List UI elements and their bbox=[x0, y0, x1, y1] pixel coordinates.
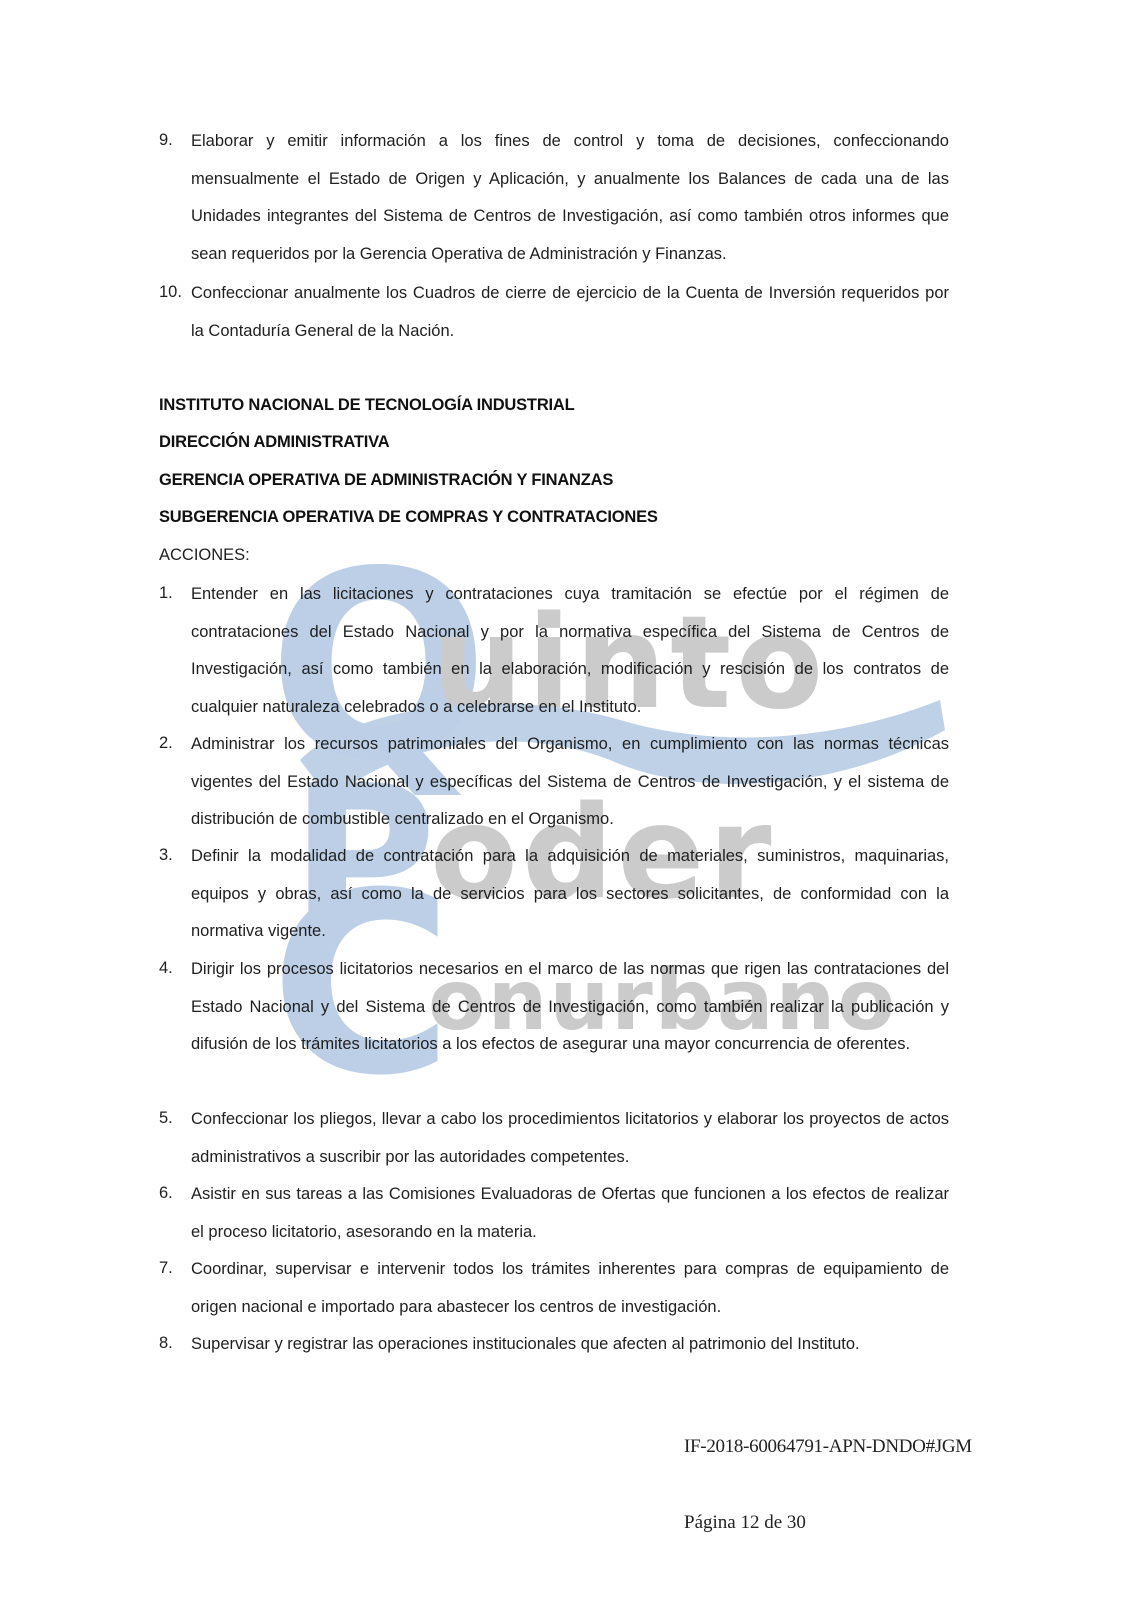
list-item-number: 10. bbox=[159, 283, 182, 302]
list-item-text: Definir la modalidad de contratación par… bbox=[191, 838, 949, 951]
list-item-number: 6. bbox=[159, 1184, 173, 1203]
list-item-text: Administrar los recursos patrimoniales d… bbox=[191, 726, 949, 839]
list-item-text: Elaborar y emitir información a los fine… bbox=[191, 123, 949, 273]
list-item-number: 5. bbox=[159, 1109, 173, 1128]
page-number: Página 12 de 30 bbox=[684, 1512, 806, 1534]
acciones-label: ACCIONES: bbox=[159, 546, 250, 565]
heading-subgerencia: SUBGERENCIA OPERATIVA DE COMPRAS Y CONTR… bbox=[159, 508, 658, 527]
list-item-number: 1. bbox=[159, 584, 173, 603]
list-item-number: 9. bbox=[159, 131, 173, 150]
heading-gerencia: GERENCIA OPERATIVA DE ADMINISTRACIÓN Y F… bbox=[159, 471, 613, 490]
list-item-number: 8. bbox=[159, 1334, 173, 1353]
list-item-number: 4. bbox=[159, 959, 173, 978]
list-item-text: Asistir en sus tareas a las Comisiones E… bbox=[191, 1176, 949, 1251]
heading-institute: INSTITUTO NACIONAL DE TECNOLOGÍA INDUSTR… bbox=[159, 396, 575, 415]
document-id: IF-2018-60064791-APN-DNDO#JGM bbox=[684, 1436, 972, 1458]
list-item-text: Confeccionar los pliegos, llevar a cabo … bbox=[191, 1101, 949, 1176]
list-item-text: Entender en las licitaciones y contratac… bbox=[191, 576, 949, 726]
list-item-number: 7. bbox=[159, 1259, 173, 1278]
document-page: Q uinto P oder C onurbano 9. Elaborar y … bbox=[0, 0, 1131, 1600]
list-item-text: Supervisar y registrar las operaciones i… bbox=[191, 1326, 949, 1364]
heading-direccion: DIRECCIÓN ADMINISTRATIVA bbox=[159, 433, 389, 452]
list-item-text: Coordinar, supervisar e intervenir todos… bbox=[191, 1251, 949, 1326]
list-item-text: Confeccionar anualmente los Cuadros de c… bbox=[191, 275, 949, 350]
list-item-number: 3. bbox=[159, 846, 173, 865]
list-item-number: 2. bbox=[159, 734, 173, 753]
list-item-text: Dirigir los procesos licitatorios necesa… bbox=[191, 951, 949, 1064]
